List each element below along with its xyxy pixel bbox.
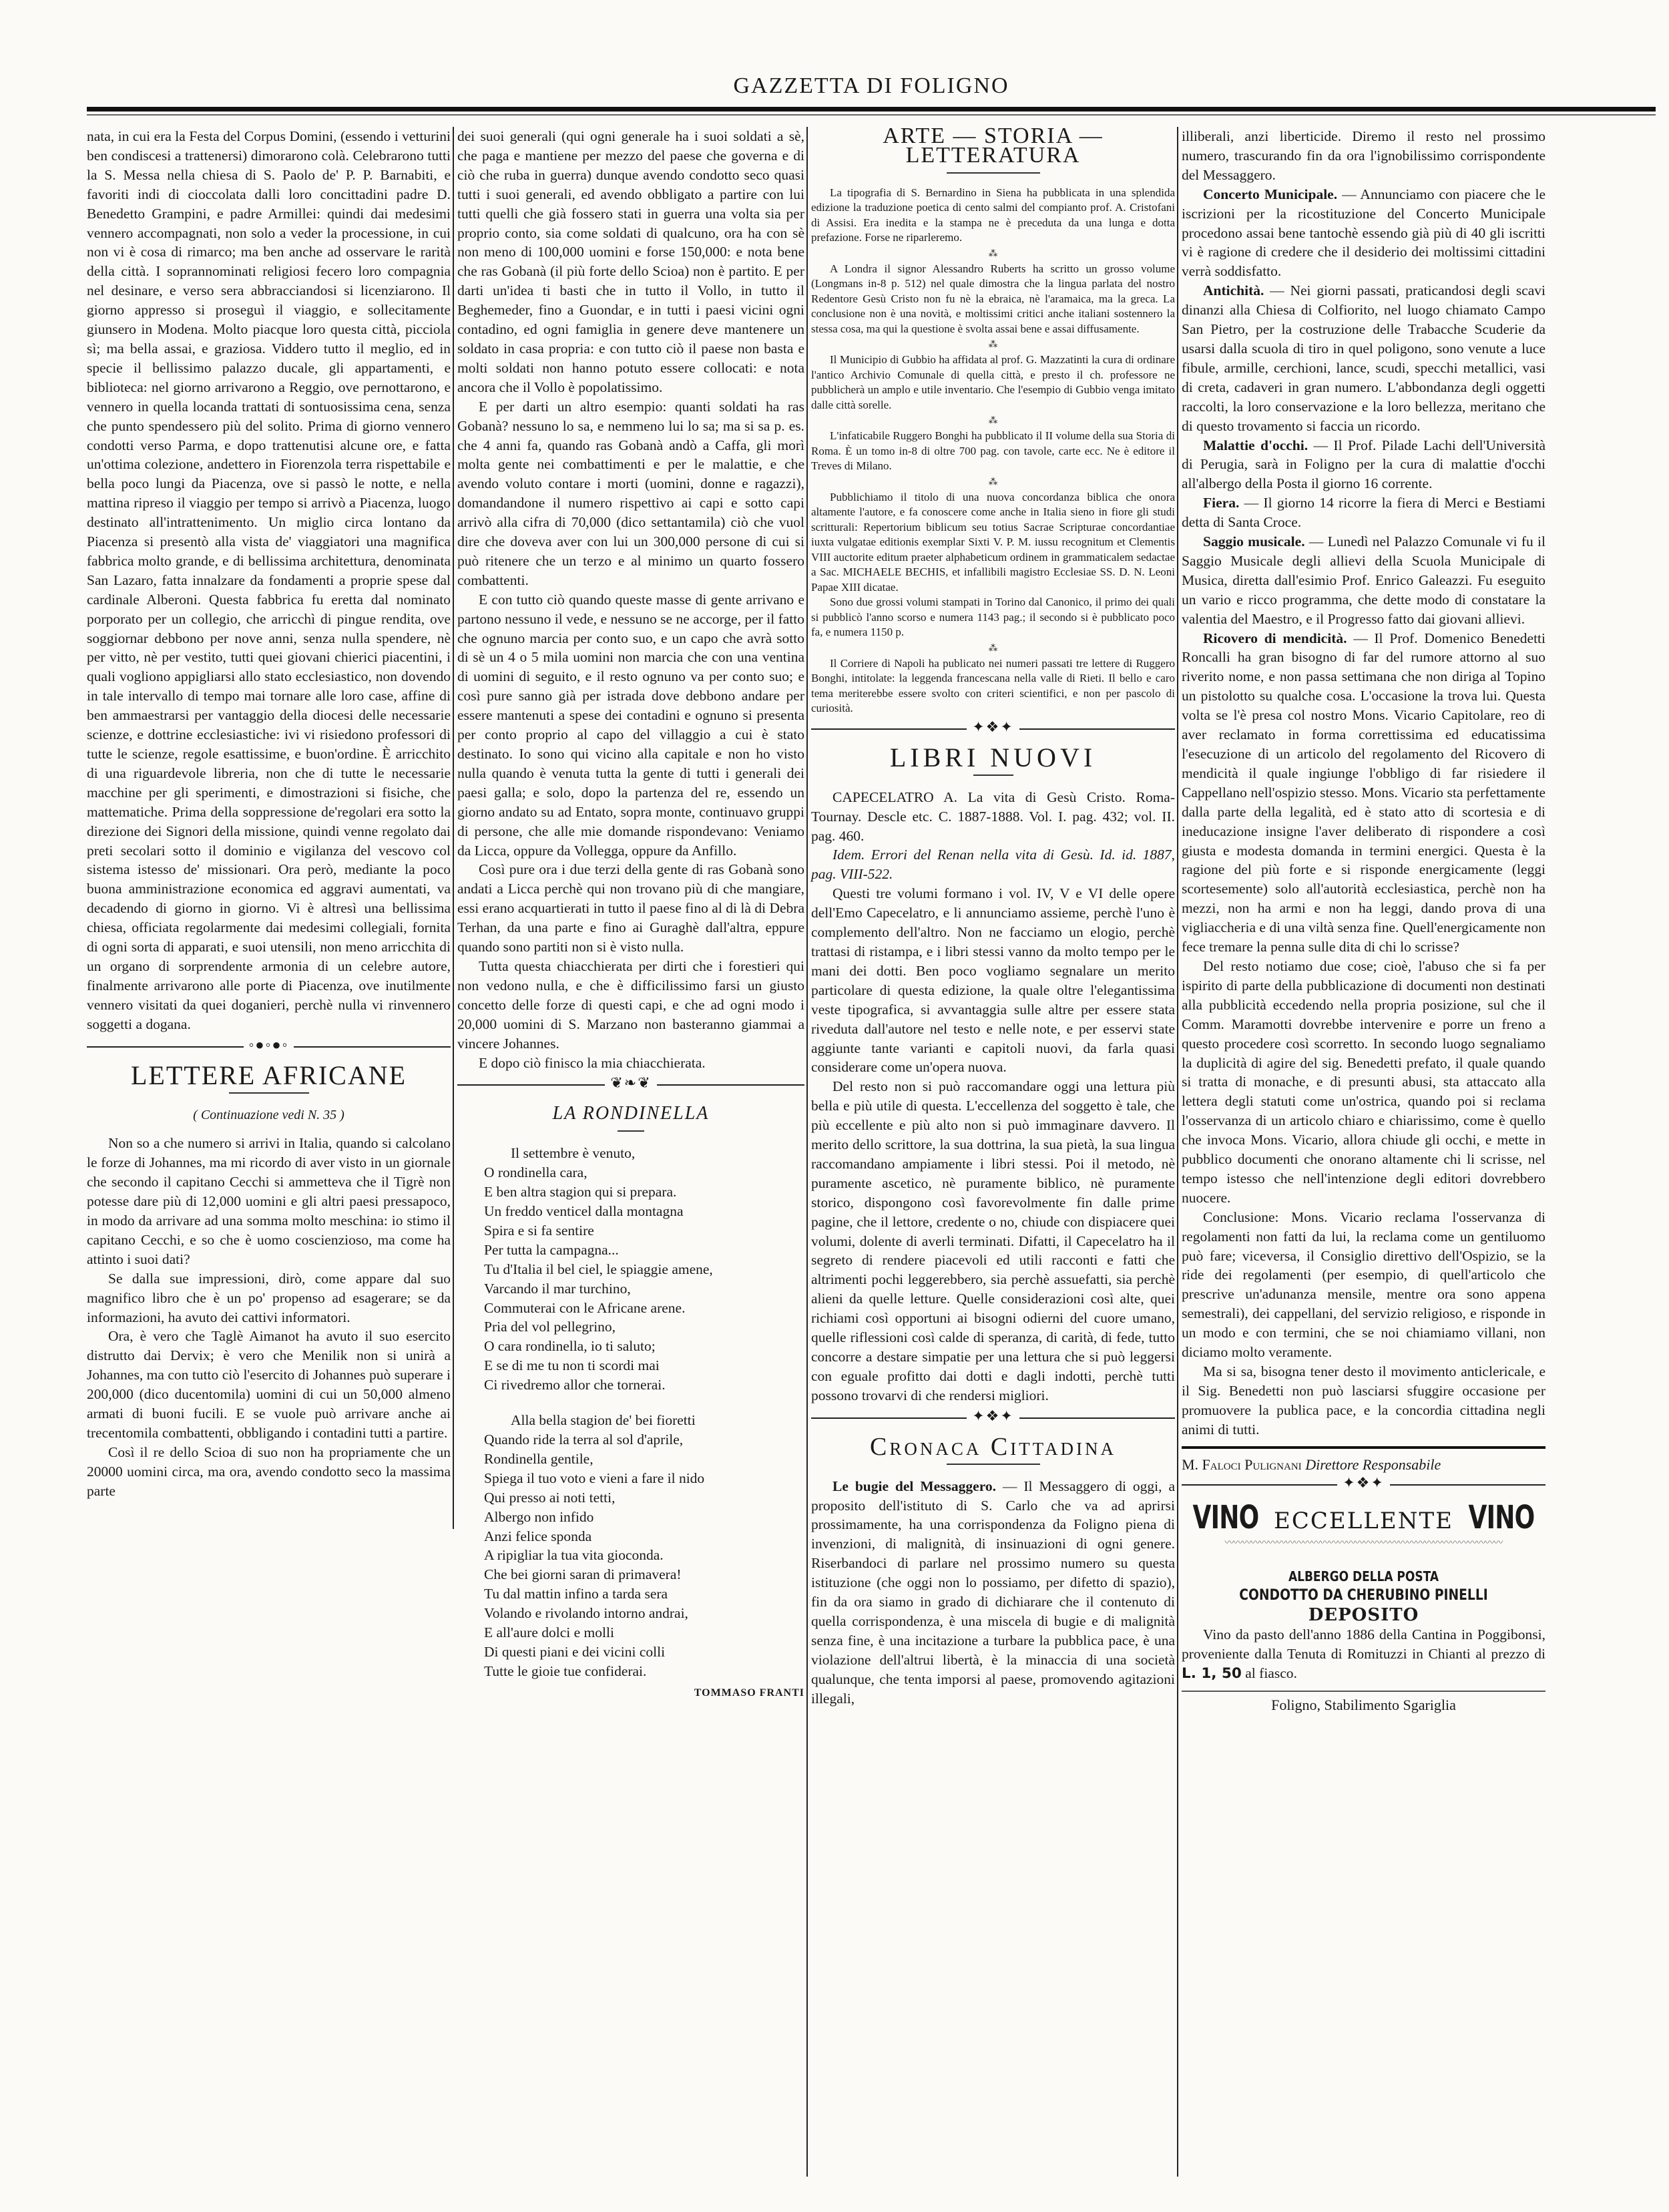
ad-hotel-name: ALBERGO DELLA POSTA xyxy=(1209,1567,1518,1586)
poem-line: Alla bella stagion de' bei fioretti xyxy=(484,1411,804,1430)
paragraph: Così pure ora i due terzi della gente di… xyxy=(457,860,804,957)
poem-line: E se di me tu non ti scordi mai xyxy=(484,1356,804,1375)
poem-line: E ben altra stagion qui si prepara. xyxy=(484,1182,804,1202)
paragraph: Conclusione: Mons. Vicario reclama l'oss… xyxy=(1182,1208,1545,1362)
poem-ornament: ❦❧❦ xyxy=(457,1084,804,1092)
poem-line: E all'aure dolci e molli xyxy=(484,1623,804,1642)
paragraph: dei suoi generali (qui ogni generale ha … xyxy=(457,127,804,397)
director-credit: M. Faloci Pulignani Direttore Responsabi… xyxy=(1182,1456,1545,1475)
news-item: Concerto Municipale. — Annunciamo con pi… xyxy=(1182,185,1545,282)
paragraph: E con tutto ciò quando queste masse di g… xyxy=(457,590,804,861)
title-rule xyxy=(229,1092,309,1094)
continuation-note: ( Continuazione vedi N. 35 ) xyxy=(87,1106,451,1125)
paragraph: Se dalla sue impressioni, dirò, come app… xyxy=(87,1269,451,1327)
article-continuation: nata, in cui era la Festa del Corpus Dom… xyxy=(87,127,451,1034)
poem-line: Qui presso ai noti tetti, xyxy=(484,1488,804,1508)
news-item: Antichità. — Nei giorni passati, pratica… xyxy=(1182,281,1545,435)
poem-line: Commuterai con le Africane arene. xyxy=(484,1299,804,1318)
column-divider xyxy=(806,127,808,2177)
paragraph: Così il re dello Scioa di suo non ha pro… xyxy=(87,1443,451,1501)
asterism-icon: ⁂ xyxy=(811,478,1175,487)
note: Pubblichiamo il titolo di una nuova conc… xyxy=(811,490,1175,596)
poem-line: Il settembre è venuto, xyxy=(484,1144,804,1163)
paragraph: Ma si sa, bisogna tener desto il movimen… xyxy=(1182,1362,1545,1440)
poem-line: Ci rivedremo allor che tornerai. xyxy=(484,1375,804,1395)
ad-body: Vino da pasto dell'anno 1886 della Canti… xyxy=(1182,1625,1545,1684)
column-divider xyxy=(1177,127,1178,2177)
asterism-icon: ⁂ xyxy=(811,417,1175,426)
section-ornament: ✦❖✦ xyxy=(811,1417,1175,1425)
column-2: dei suoi generali (qui ogni generale ha … xyxy=(457,127,804,1703)
title-rule xyxy=(973,775,1013,776)
section-title-arte: ARTE — STORIA — LETTERATURA xyxy=(811,127,1175,166)
news-item: Fiera. — Il giorno 14 ricorre la fiera d… xyxy=(1182,493,1545,532)
section-title-lettere-africane: LETTERE AFRICANE xyxy=(87,1066,451,1086)
asterism-icon: ⁂ xyxy=(811,341,1175,350)
ad-proprietor: CONDOTTO DA CHERUBINO PINELLI xyxy=(1209,1586,1518,1606)
paragraph: Tutta questa chiacchierata per dirti che… xyxy=(457,957,804,1054)
note: Sono due grossi volumi stampati in Torin… xyxy=(811,595,1175,640)
masthead-rule-thin xyxy=(87,114,1656,116)
ad-deposito: DEPOSITO xyxy=(1182,1606,1545,1625)
paragraph: E per darti un altro esempio: quanti sol… xyxy=(457,397,804,590)
paragraph: Del resto non si può raccomandare oggi u… xyxy=(811,1077,1175,1405)
poem-line: Volando e rivolando intorno andrai, xyxy=(484,1604,804,1623)
poem-line: Albergo non infido xyxy=(484,1508,804,1527)
footer-rule xyxy=(1182,1446,1545,1449)
section-title-libri-nuovi: LIBRI NUOVI xyxy=(811,748,1175,768)
note: La tipografia di S. Bernardino in Siena … xyxy=(811,186,1175,246)
poem-line: O rondinella cara, xyxy=(484,1163,804,1182)
note: A Londra il signor Alessandro Ruberts ha… xyxy=(811,262,1175,337)
news-item: Saggio musicale. — Lunedì nel Palazzo Co… xyxy=(1182,532,1545,629)
poem-line: Spira e si fa sentire xyxy=(484,1221,804,1241)
section-ornament: ✦❖✦ xyxy=(811,728,1175,736)
poem-stanza-1: Il settembre è venuto, O rondinella cara… xyxy=(457,1144,804,1681)
title-rule xyxy=(947,1464,1040,1465)
poem-title: LA RONDINELLA xyxy=(457,1104,804,1124)
poem-line: Che bei giorni saran di primavera! xyxy=(484,1565,804,1584)
wavy-rule: 〰〰〰〰〰〰〰〰〰〰〰〰〰〰〰〰〰〰〰〰〰〰〰〰〰〰〰〰〰〰〰〰 xyxy=(1182,1534,1545,1554)
asterism-icon: ⁂ xyxy=(811,644,1175,654)
paragraph: E dopo ciò finisco la mia chiacchierata. xyxy=(457,1054,804,1073)
paragraph: Del resto notiamo due cose; cioè, l'abus… xyxy=(1182,957,1545,1208)
news-item: Malattie d'occhi. — Il Prof. Pilade Lach… xyxy=(1182,436,1545,494)
column-1: nata, in cui era la Festa del Corpus Dom… xyxy=(87,127,451,1501)
news-item: Le bugie del Messaggero. — Il Messaggero… xyxy=(811,1477,1175,1709)
note: L'infaticabile Ruggero Bonghi ha pubblic… xyxy=(811,429,1175,474)
paragraph: illiberali, anzi liberticide. Diremo il … xyxy=(1182,127,1545,185)
poem-line: Tu dal mattin infino a tarda sera xyxy=(484,1584,804,1604)
column-divider xyxy=(453,127,454,1529)
column-4: illiberali, anzi liberticide. Diremo il … xyxy=(1182,127,1545,1715)
paragraph: Questi tre volumi formano i vol. IV, V e… xyxy=(811,884,1175,1077)
title-rule xyxy=(947,172,1040,174)
poem-line: Spiega il tuo voto e vieni a fare il nid… xyxy=(484,1469,804,1488)
printer-imprint: Foligno, Stabilimento Sgariglia xyxy=(1182,1691,1545,1715)
poem-line: Varcando il mar turchino, xyxy=(484,1279,804,1299)
note: Il Corriere di Napoli ha publicato nei n… xyxy=(811,656,1175,716)
masthead-rule xyxy=(87,107,1656,112)
poem-line: A ripigliar la tua vita gioconda. xyxy=(484,1546,804,1565)
poem-author: TOMMASO FRANTI xyxy=(457,1684,804,1703)
poem-line: Per tutta la campagna... xyxy=(484,1241,804,1260)
newspaper-title: GAZZETTA DI FOLIGNO xyxy=(87,27,1656,99)
masthead: GAZZETTA DI FOLIGNO xyxy=(87,27,1656,99)
paragraph: Ora, è vero che Taglè Aimanot ha avuto i… xyxy=(87,1327,451,1442)
poem-line: Un freddo venticel dalla montagna xyxy=(484,1202,804,1221)
section-ornament: ◦●◦●◦ xyxy=(87,1046,451,1054)
section-title-cronaca: Cronaca Cittadina xyxy=(811,1437,1175,1457)
ad-ornament: ✦❖✦ xyxy=(1182,1484,1545,1492)
poem-line: Tutte le gioie tue confiderai. xyxy=(484,1662,804,1681)
book-entry: CAPECELATRO A. La vita di Gesù Cristo. R… xyxy=(811,788,1175,846)
poem-line: O cara rondinella, io ti saluto; xyxy=(484,1337,804,1356)
poem-line: Quando ride la terra al sol d'aprile, xyxy=(484,1430,804,1450)
arte-notes: La tipografia di S. Bernardino in Siena … xyxy=(811,186,1175,716)
poem-line: Di questi piani e dei vicini colli xyxy=(484,1642,804,1662)
book-entry: Idem. Errori del Renan nella vita di Ges… xyxy=(811,845,1175,884)
poem-line: Anzi felice sponda xyxy=(484,1527,804,1546)
poem-line: Rondinella gentile, xyxy=(484,1450,804,1469)
poem-line: Tu d'Italia il bel ciel, le spiaggie ame… xyxy=(484,1260,804,1279)
asterism-icon: ⁂ xyxy=(811,250,1175,259)
poem-line: Pria del vol pellegrino, xyxy=(484,1317,804,1337)
news-item: Ricovero di mendicità. — Il Prof. Domeni… xyxy=(1182,629,1545,957)
wine-advert-header: VINO ECCELLENTE VINO xyxy=(1182,1508,1545,1531)
title-rule xyxy=(618,1130,644,1132)
note: Il Municipio di Gubbio ha affidata al pr… xyxy=(811,353,1175,413)
paragraph: Non so a che numero si arrivi in Italia,… xyxy=(87,1134,451,1269)
column-3: ARTE — STORIA — LETTERATURA La tipografi… xyxy=(811,127,1175,1709)
